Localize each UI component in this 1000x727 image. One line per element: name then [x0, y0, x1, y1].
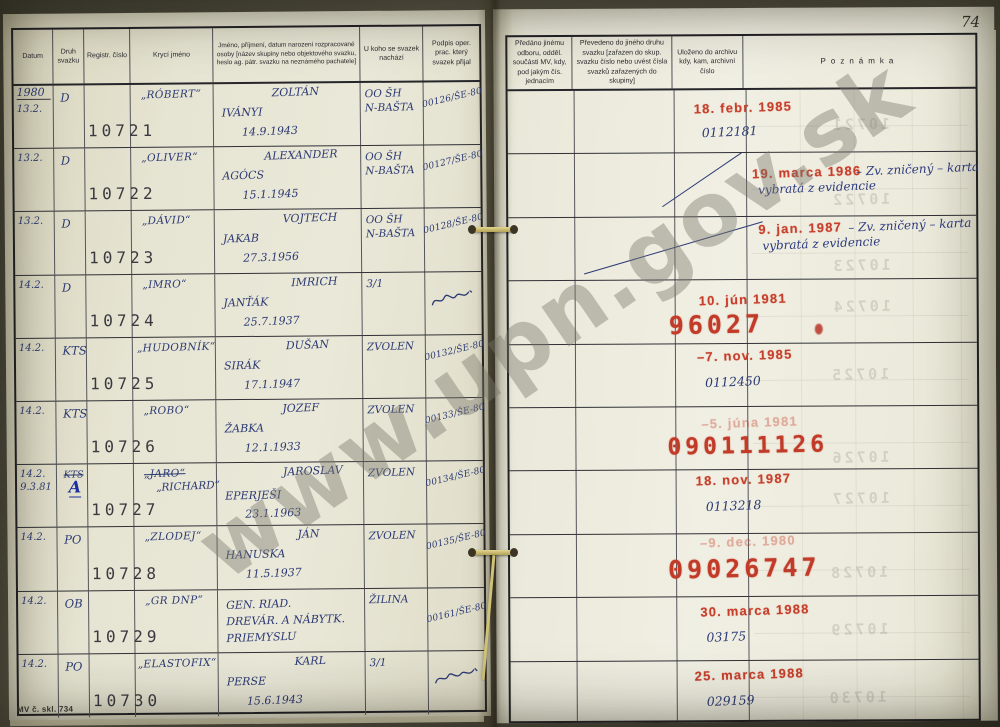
- cell-registr: 10726: [88, 401, 134, 464]
- datum-value-2: 9.3.81: [20, 482, 52, 493]
- col-header-registr: Registr. číslo: [84, 29, 130, 83]
- birth-date: 23.1.1963: [245, 506, 301, 521]
- registry-number: 10730: [93, 691, 161, 710]
- cover-name: „DÁVID“: [142, 214, 192, 227]
- ink-smudge: [815, 324, 823, 335]
- cover-name: „ROBO“: [143, 404, 190, 417]
- surname: EPERJEŠI: [225, 488, 281, 502]
- cell-podpis: [426, 272, 482, 335]
- cell-podpis: 00127/ŠE-80: [425, 145, 481, 208]
- file-reference: 00161/ŠE-80: [426, 601, 488, 625]
- datum-value: 13.2.: [17, 104, 43, 115]
- birth-date: 25.7.1937: [244, 313, 300, 328]
- cell-ukoho: OO ŠH N-BAŠTA: [362, 209, 426, 272]
- cell-ukoho: 3/1: [366, 651, 430, 715]
- cell-jmeno: JOZEF ŽABKA 12.1.1933: [217, 399, 364, 462]
- col-header-kryci: Krycí jméno: [130, 28, 214, 83]
- holder-line1: 3/1: [366, 277, 383, 289]
- registry-number: 10723: [89, 248, 157, 267]
- col-header-druh: Druh svazku: [53, 29, 85, 83]
- holder-line2: N-BAŠTA: [365, 101, 415, 114]
- first-name: JOZEF: [282, 401, 319, 415]
- col-header-poznamka: Poznámka: [743, 35, 975, 88]
- birth-date: 27.3.1956: [243, 250, 299, 265]
- note-line1: – Zv. zničený – karta: [856, 160, 980, 179]
- object-line1: GEN. RIAD.: [226, 596, 292, 611]
- ledger-left-page: Datum Druh svazku Registr. číslo Krycí j…: [3, 10, 491, 720]
- table-row: 14.2. PO 10730 „ELASTOFIX“ KARL PERSE 15…: [19, 651, 486, 718]
- cell-jmeno: ALEXANDER AGÓCS 15.1.1945: [214, 146, 361, 209]
- table-row: 18. febr. 1985 0112181 10721: [508, 89, 976, 155]
- surname: ŽABKA: [225, 421, 265, 435]
- cell-ukoho: OO ŠH N-BAŠTA: [361, 146, 425, 209]
- druh-value: KTS: [63, 406, 87, 420]
- bleedthrough-number: 10727: [830, 489, 891, 508]
- strike-slash: [662, 153, 742, 208]
- datum-value: 13.2.: [17, 153, 43, 164]
- table-row: 14.2. KTS 10725 „HUDOBNÍK“ DUŠAN SIRÁK 1…: [16, 335, 483, 402]
- table-row: 14.2. D 10724 „IMRO“ IMRICH JANŤÁK 25.7.…: [15, 272, 482, 339]
- druh-value-new: A: [69, 478, 82, 498]
- archive-date-stamp: –9. dec. 1980: [700, 532, 796, 550]
- registry-number: 10722: [89, 184, 157, 203]
- druh-value: D: [61, 217, 70, 231]
- archive-date-stamp: 25. marca 1988: [694, 665, 804, 683]
- bleedthrough-number: 10724: [830, 297, 891, 316]
- archive-big-number: 09026747: [668, 552, 821, 584]
- object-line3: PRIEMYSLU: [226, 629, 297, 644]
- birth-date: 12.1.1933: [245, 440, 301, 455]
- cell-jmeno: ZOLTÁN IVÁNYI 14.9.1943: [214, 83, 361, 146]
- archive-date-stamp: 9. jan. 1987: [758, 219, 842, 237]
- cell-podpis: 00135/ŠE-80: [428, 524, 484, 587]
- table-row: 14.2. 9.3.81 KTS A 10727 „JARO“ „RICHARD…: [17, 461, 484, 528]
- registry-number: 10724: [90, 311, 158, 330]
- cell-datum: 13.2.: [14, 149, 54, 212]
- surname: SIRÁK: [224, 358, 261, 372]
- holder-line1: OO ŠH: [366, 214, 403, 227]
- druh-value: D: [60, 91, 69, 105]
- cell-registr: 10730: [90, 654, 136, 718]
- cell-datum: 14.2.: [17, 528, 57, 591]
- cover-name: „OLIVER“: [141, 151, 198, 164]
- druh-value: D: [61, 154, 70, 168]
- registry-number: 10729: [93, 627, 161, 646]
- first-name: JAROSLAV: [283, 464, 343, 479]
- cell-registr: 10728: [89, 527, 135, 590]
- archive-number: 0113218: [705, 497, 761, 514]
- cell-podpis: [429, 651, 485, 715]
- cell-druh: PO: [57, 528, 89, 590]
- cell-podpis: 00161/ŠE-80: [428, 587, 484, 650]
- cell-registr: 10722: [85, 148, 131, 211]
- cell-jmeno: IMRICH JANŤÁK 25.7.1937: [215, 273, 362, 336]
- datum-value: 14.2.: [18, 279, 44, 290]
- cell-jmeno: JAROSLAV EPERJEŠI 23.1.1963: [217, 462, 364, 525]
- file-reference: 00132/ŠE-80: [424, 339, 486, 363]
- first-name: IMRICH: [291, 274, 338, 289]
- druh-value: PO: [65, 659, 82, 673]
- holder-line1: OO ŠH: [365, 151, 402, 164]
- col-header-jmeno: Jméno, příjmení, datum narození rozpraco…: [213, 27, 360, 82]
- col-header-ukoho: U koho se svazek nachází: [360, 26, 424, 81]
- cell-datum: 1980 13.2.: [14, 86, 54, 149]
- col-header-predano: Předáno jinému odboru, odděl. součásti M…: [507, 37, 573, 89]
- first-name: DUŠAN: [286, 337, 330, 351]
- strike-slash: [584, 221, 763, 274]
- surname: IVÁNYI: [222, 105, 263, 119]
- bleedthrough-number: 10728: [828, 562, 889, 581]
- file-reference: 00127/ŠE-80: [422, 149, 484, 173]
- birth-date: 15.6.1943: [247, 692, 303, 707]
- signature: [432, 662, 481, 691]
- cover-name-new: „RICHARD“: [156, 479, 220, 494]
- table-header: Datum Druh svazku Registr. číslo Krycí j…: [13, 26, 479, 86]
- datum-value: 14.2.: [21, 595, 47, 606]
- holder-line1: OO ŠH: [365, 87, 402, 100]
- archive-number: 029159: [706, 692, 754, 709]
- cell-podpis: 00133/ŠE-80: [427, 398, 483, 461]
- bleedthrough-number: 10730: [827, 687, 888, 706]
- datum-value: 14.2.: [20, 469, 46, 480]
- file-reference: 00126/ŠE-80: [422, 86, 484, 110]
- note-line1: – Zv. zničený – karta: [848, 215, 972, 234]
- cell-jmeno: VOJTECH JAKAB 27.3.1956: [215, 209, 362, 272]
- cover-name: „IMRO“: [142, 278, 187, 291]
- col-header-prevedeno: Převedeno do jiného druhu svazku [zařaze…: [573, 36, 672, 89]
- cell-registr: 10727: [88, 464, 134, 527]
- table-header: Předáno jinému odboru, odděl. součásti M…: [507, 35, 975, 91]
- druh-value: PO: [64, 533, 81, 547]
- cell-druh: D: [53, 85, 85, 147]
- object-line2: DREVÁR. A NÁBYTK.: [226, 612, 345, 628]
- cell-druh: OB: [58, 591, 90, 653]
- birth-date: 17.1.1947: [244, 377, 300, 392]
- ledger-right-page: 74 Předáno jinému odboru, odděl. součást…: [493, 7, 998, 724]
- cell-datum: 14.2.: [16, 402, 56, 465]
- table-row: 10. jún 1981 96027 10724: [509, 279, 977, 345]
- cover-name: „GR DNP“: [145, 593, 204, 607]
- cell-registr: 10721: [85, 85, 131, 148]
- first-name: ZOLTÁN: [272, 85, 320, 100]
- surname: JAKAB: [223, 232, 259, 246]
- holder-line1: ZVOLEN: [367, 340, 414, 353]
- archive-number: 0112181: [701, 123, 757, 140]
- registry-number: 10726: [91, 437, 159, 456]
- registry-number: 10728: [92, 563, 160, 582]
- archive-big-number: 96027: [669, 309, 765, 340]
- archive-number: 03175: [706, 628, 746, 645]
- bleedthrough-number: 10725: [829, 364, 890, 383]
- col-header-datum: Datum: [13, 30, 53, 84]
- archive-number: 0112450: [705, 373, 761, 390]
- holder-line2: N-BAŠTA: [366, 227, 416, 240]
- cell-podpis: 00126/ŠE-80: [424, 82, 480, 145]
- birth-date: 14.9.1943: [242, 124, 298, 139]
- col-header-ulozeno: Uloženo do archivu kdy, kam, archivní čí…: [672, 36, 744, 88]
- cell-druh: KTS: [55, 338, 87, 400]
- cell-druh: KTS A: [57, 465, 89, 527]
- holder-line1: ZVOLEN: [368, 529, 415, 542]
- cell-registr: 10724: [87, 275, 133, 338]
- table-row: 25. marca 1988 029159 10730: [511, 659, 979, 725]
- table-row: –7. nov. 1985 0112450 10725: [509, 342, 977, 408]
- cell-ukoho: ZVOLEN: [364, 525, 428, 588]
- first-name: VOJTECH: [283, 211, 338, 226]
- file-reference: 00128/ŠE-80: [423, 213, 485, 237]
- table-row: 1980 13.2. D 10721 „RÓBERT“ ZOLTÁN IVÁNY…: [14, 82, 481, 149]
- table-row: 14.2. PO 10728 „ZLODEJ“ JÁN HANUSKA 11.5…: [17, 524, 484, 591]
- first-name: JÁN: [298, 527, 320, 541]
- surname: HANUSKA: [226, 547, 286, 562]
- archive-date-stamp: 10. jún 1981: [698, 291, 787, 309]
- cell-podpis: 00128/ŠE-80: [425, 208, 481, 271]
- cover-name: „ZLODEJ“: [144, 530, 201, 543]
- holder-line1: ZVOLEN: [368, 466, 415, 479]
- year-label: 1980: [17, 86, 51, 100]
- table-row: 19. marca 1986 – Zv. zničený – karta vyb…: [508, 152, 976, 218]
- table-row: –9. dec. 1980 09026747 10728: [510, 533, 978, 599]
- cover-name: „HUDOBNÍK“: [137, 340, 216, 354]
- holder-line1: ŽILINA: [369, 593, 409, 606]
- druh-value: KTS: [62, 343, 86, 357]
- cover-name: „RÓBERT“: [140, 88, 201, 102]
- table-row: 13.2. D 10722 „OLIVER“ ALEXANDER AGÓCS 1…: [14, 145, 481, 212]
- form-number: MV č. skl. 734: [17, 705, 73, 714]
- binding-thread: [472, 227, 514, 232]
- bleedthrough-number: 10726: [829, 448, 890, 467]
- cell-druh: D: [54, 212, 86, 274]
- first-name: KARL: [295, 654, 327, 668]
- archive-big-number: 090111126: [667, 431, 828, 460]
- table-row: 18. nov. 1987 0113218 10727: [510, 469, 978, 535]
- cell-podpis: 00132/ŠE-80: [426, 335, 482, 398]
- surname: AGÓCS: [222, 169, 264, 183]
- birth-date: 15.1.1945: [243, 187, 299, 202]
- cover-name: „ELASTOFIX“: [137, 656, 216, 670]
- registry-table-right: Předáno jinému odboru, odděl. součásti M…: [505, 33, 981, 723]
- cell-datum: 14.2. 9.3.81: [17, 465, 57, 528]
- cell-datum: 14.2.: [15, 275, 55, 338]
- file-reference: 00133/ŠE-80: [425, 402, 487, 426]
- file-reference: 00134/ŠE-80: [425, 465, 487, 489]
- surname: PERSE: [227, 674, 267, 688]
- cell-druh: KTS: [56, 401, 88, 463]
- bleedthrough-number: 10721: [830, 115, 891, 134]
- datum-value: 14.2.: [22, 658, 48, 669]
- file-reference: 00135/ŠE-80: [426, 528, 488, 552]
- archive-date-stamp: 18. nov. 1987: [695, 471, 791, 489]
- cell-jmeno: DUŠAN SIRÁK 17.1.1947: [216, 336, 363, 399]
- archive-date-stamp: 30. marca 1988: [700, 601, 810, 619]
- cell-ukoho: ZVOLEN: [363, 398, 427, 461]
- holder-line1: ZVOLEN: [367, 403, 414, 416]
- page-number: 74: [961, 13, 980, 31]
- table-row: 9. jan. 1987 – Zv. zničený – karta vybra…: [508, 216, 976, 282]
- cell-ukoho: ZVOLEN: [364, 462, 428, 525]
- cell-registr: 10723: [86, 211, 132, 274]
- cell-datum: 14.2.: [16, 338, 56, 401]
- datum-value: 14.2.: [19, 406, 45, 417]
- cell-jmeno: KARL PERSE 15.6.1943: [219, 652, 366, 716]
- datum-value: 13.2.: [18, 216, 44, 227]
- cell-ukoho: ŽILINA: [365, 588, 429, 651]
- bleedthrough-number: 10729: [828, 620, 889, 639]
- cell-podpis: 00134/ŠE-80: [427, 461, 483, 524]
- registry-number: 10725: [91, 374, 159, 393]
- cell-ukoho: ZVOLEN: [363, 335, 427, 398]
- archive-date-stamp: 18. febr. 1985: [693, 98, 792, 116]
- table-row: 30. marca 1988 03175 10729: [510, 596, 978, 662]
- birth-date: 11.5.1937: [246, 566, 302, 581]
- registry-number: 10721: [88, 121, 156, 140]
- table-row: 14.2. KTS 10726 „ROBO“ JOZEF ŽABKA 12.1.…: [16, 398, 483, 465]
- bleedthrough-number: 10723: [830, 255, 891, 274]
- bleedthrough-number: 10722: [830, 190, 891, 209]
- registry-table-left: Datum Druh svazku Registr. číslo Krycí j…: [11, 24, 487, 716]
- first-name: ALEXANDER: [264, 147, 338, 163]
- col-header-podpis: Podpis oper. prac. který svazek přijal: [424, 26, 480, 80]
- datum-value: 14.2.: [19, 343, 45, 354]
- archive-date-stamp: –7. nov. 1985: [697, 346, 793, 364]
- cell-jmeno: GEN. RIAD. DREVÁR. A NÁBYTK. PRIEMYSLU: [218, 588, 365, 651]
- table-row: 14.2. OB 10729 „GR DNP“ GEN. RIAD. DREVÁ…: [18, 587, 485, 654]
- cell-druh: D: [54, 149, 86, 211]
- holder-line1: 3/1: [369, 656, 386, 668]
- holder-line2: N-BAŠTA: [365, 164, 415, 177]
- cell-registr: 10729: [89, 590, 135, 653]
- scanned-registry-photo: Datum Druh svazku Registr. číslo Krycí j…: [0, 0, 1000, 727]
- cell-registr: 10725: [87, 338, 133, 401]
- table-row: 13.2. D 10723 „DÁVID“ VOJTECH JAKAB 27.3…: [15, 208, 482, 275]
- cover-name-struck: „JARO“: [144, 467, 186, 480]
- cell-ukoho: 3/1: [362, 272, 426, 335]
- druh-value: OB: [65, 596, 83, 610]
- signature: [429, 282, 478, 311]
- table-row: –5. júna 1981 090111126 10726: [509, 406, 977, 472]
- registry-number: 10727: [92, 500, 160, 519]
- note-line2: vybratá z evidencie: [762, 234, 880, 253]
- cell-druh: D: [55, 275, 87, 337]
- cell-ukoho: OO ŠH N-BAŠTA: [361, 82, 425, 145]
- cell-jmeno: JÁN HANUSKA 11.5.1937: [218, 525, 365, 588]
- datum-value: 14.2.: [20, 532, 46, 543]
- cell-datum: 13.2.: [15, 212, 55, 275]
- archive-date-stamp: –5. júna 1981: [701, 413, 798, 431]
- druh-value: D: [62, 280, 71, 294]
- surname: JANŤÁK: [224, 295, 269, 309]
- cell-datum: 14.2.: [18, 591, 58, 654]
